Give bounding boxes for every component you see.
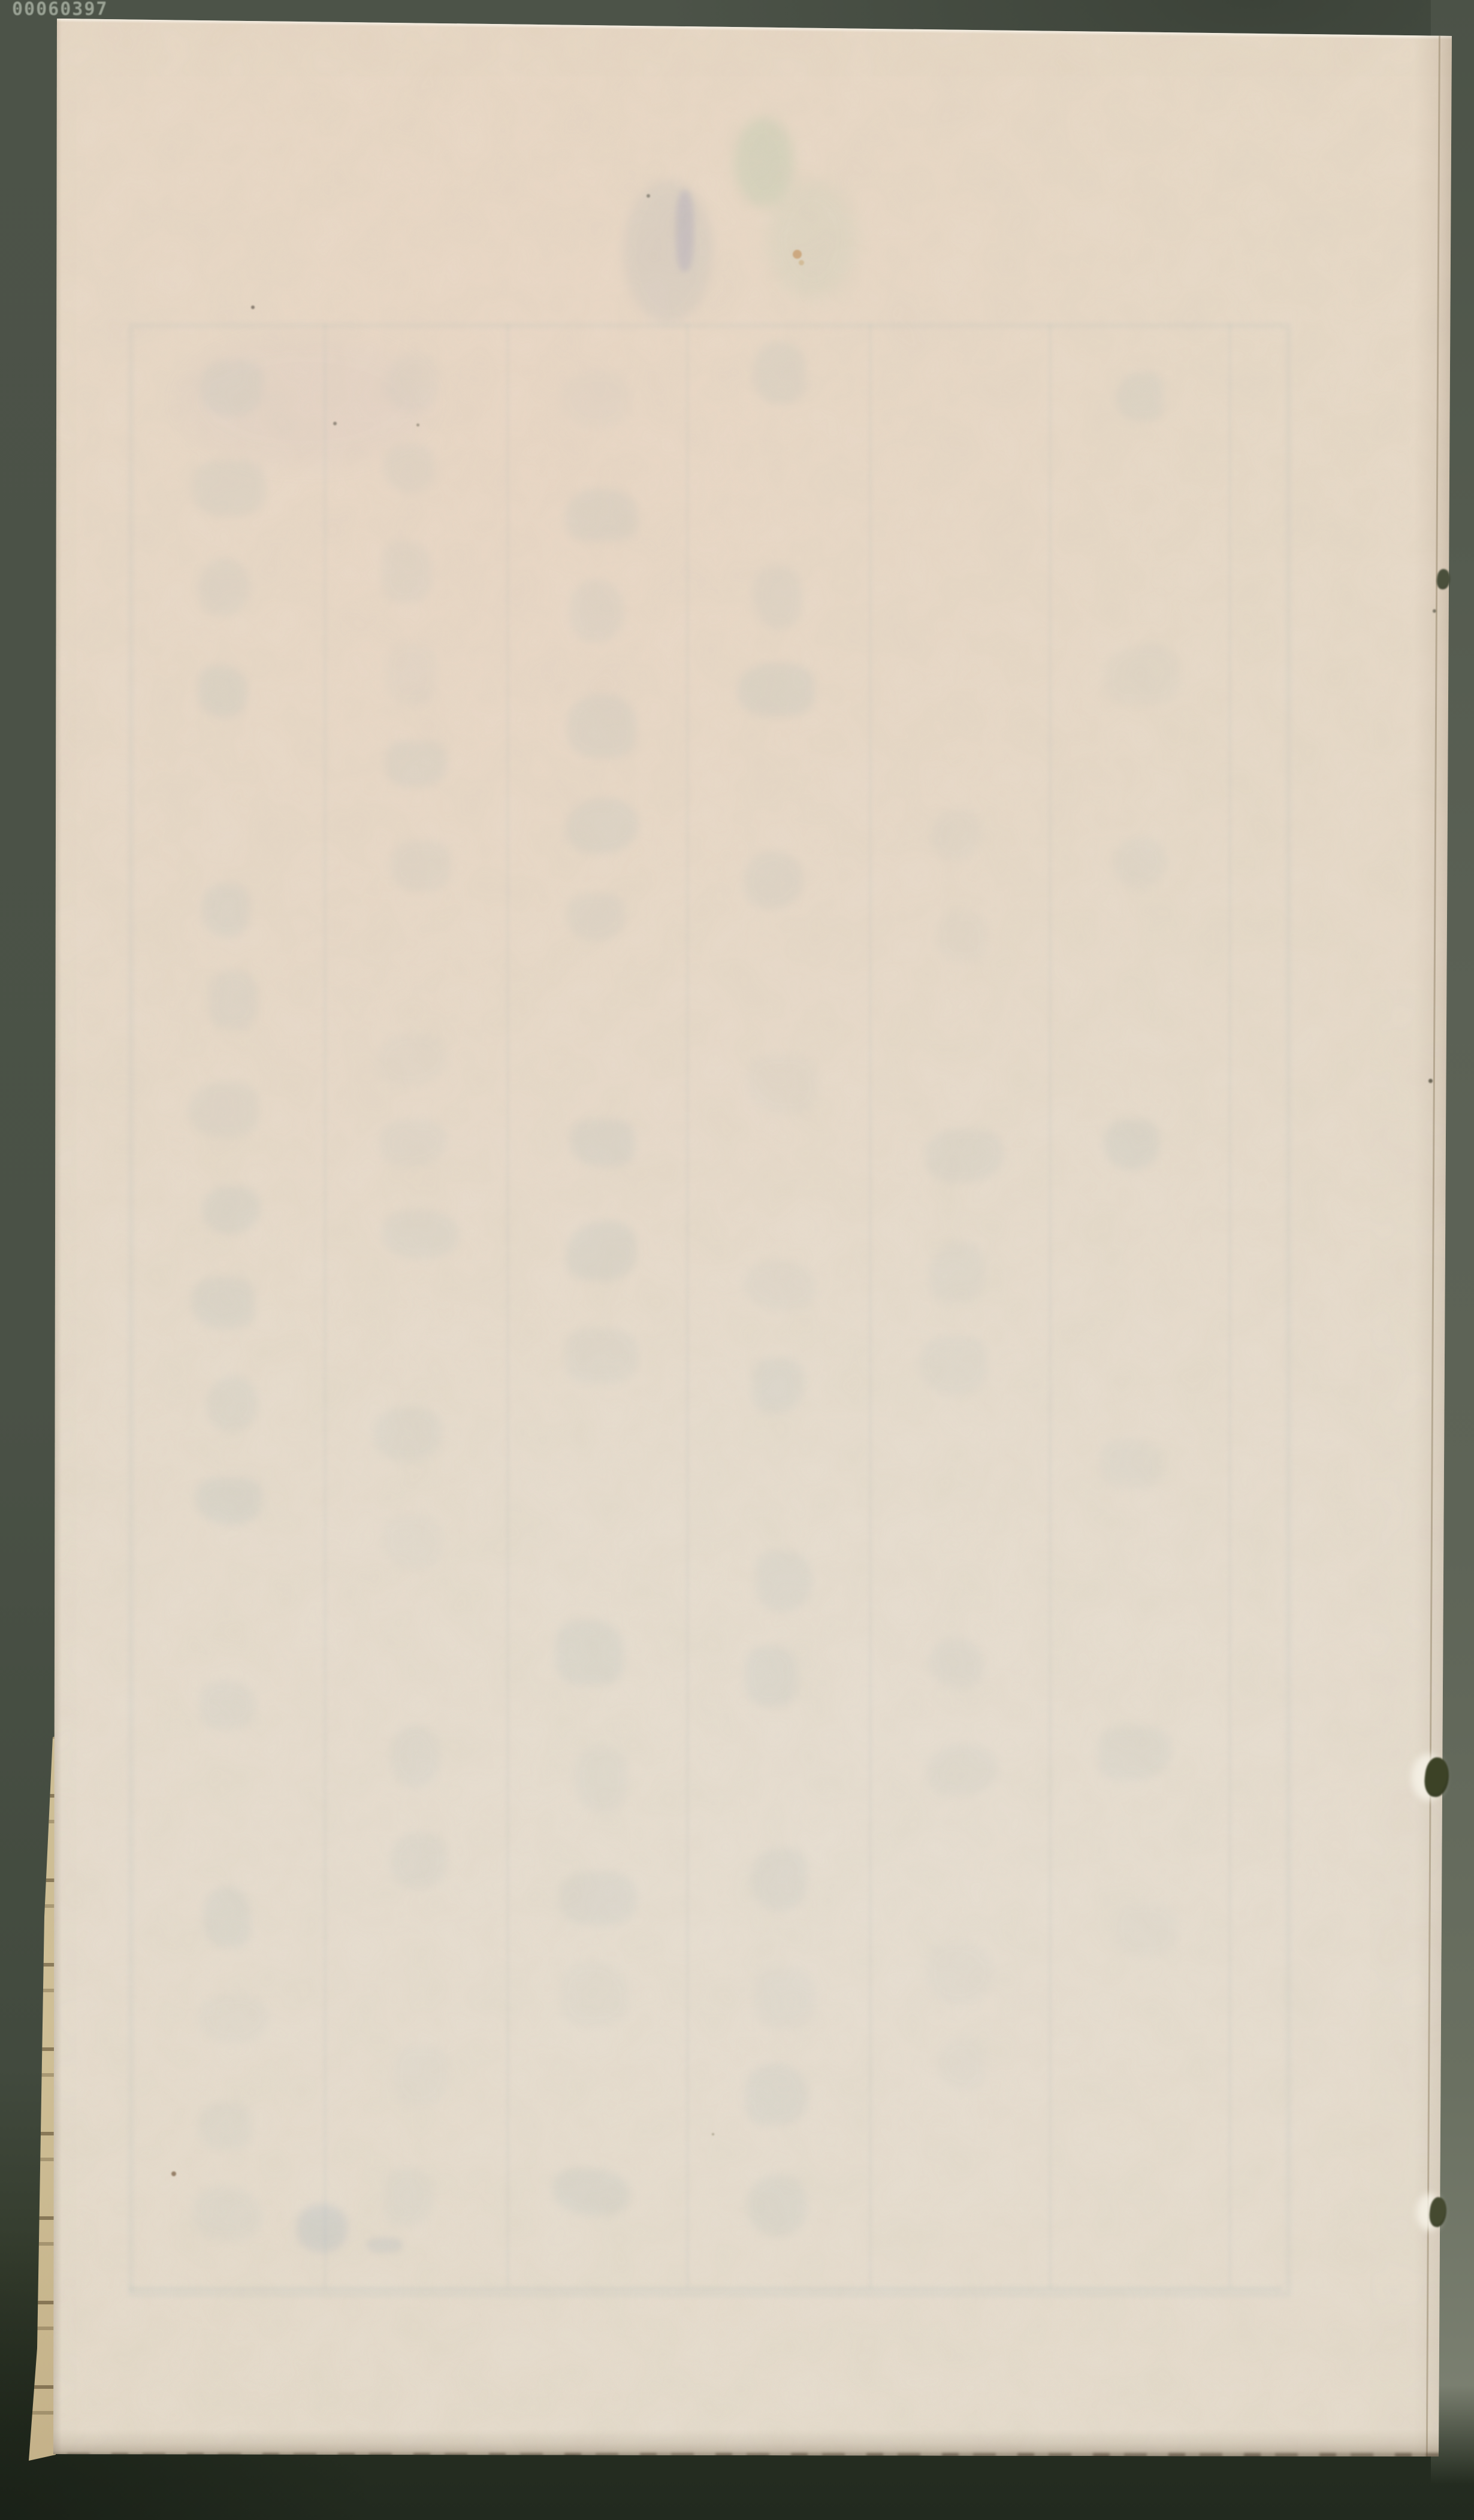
ghost-character [560, 1961, 630, 2026]
ghost-character [390, 1725, 440, 1787]
ghost-character [931, 809, 981, 861]
ghost-character [570, 1119, 635, 1167]
ghost-character [919, 1336, 987, 1395]
ghost-character [382, 1209, 459, 1259]
ghost-character [566, 488, 638, 541]
foxing-fleck [799, 260, 804, 265]
ghost-character [385, 353, 440, 412]
ghost-frame-border [129, 323, 1291, 2297]
blue-patch-bottom-smudge [297, 2204, 348, 2252]
photo-stage: 00060397 [0, 0, 1474, 2520]
lavender-streak-smudge [676, 190, 694, 271]
ghost-character [1100, 1439, 1162, 1489]
ghost-character [747, 1054, 818, 1114]
ghost-column-rule [1228, 323, 1231, 2288]
ghost-character [203, 1886, 251, 1948]
ghost-character [937, 911, 988, 963]
show-through-layer [0, 0, 1474, 2520]
ghost-column-rule [324, 323, 327, 2288]
ghost-character [926, 1129, 1004, 1182]
ghost-character [566, 1221, 636, 1281]
ghost-character [753, 341, 806, 404]
ghost-character [373, 1407, 441, 1461]
ghost-character [198, 1993, 270, 2043]
ghost-character [745, 1646, 798, 1707]
ghost-character [202, 1185, 261, 1235]
ghost-character [570, 579, 625, 642]
ghost-character [555, 1620, 624, 1685]
ghost-character [1104, 645, 1180, 704]
ghost-character [200, 1681, 256, 1729]
ghost-column-rule [869, 323, 872, 2288]
ghost-character [745, 2064, 808, 2125]
ghost-character [560, 1871, 636, 1925]
pale-green-wash-smudge [767, 180, 857, 300]
foxing-fleck [712, 2133, 714, 2135]
ghost-character [743, 1260, 816, 1310]
ghost-character [377, 1033, 448, 1086]
book-page [0, 0, 1474, 2520]
ghost-character [560, 371, 630, 429]
ghost-character [1116, 371, 1164, 421]
ghost-character [191, 1276, 255, 1329]
ghost-character [937, 2038, 986, 2090]
ghost-character [380, 1120, 446, 1166]
ghost-character [747, 2175, 808, 2237]
foxing-fleck [793, 250, 802, 259]
ghost-column-rule [686, 323, 689, 2288]
ghost-character [928, 1744, 997, 1795]
ghost-column-rule [1049, 323, 1052, 2288]
ghost-character [201, 883, 250, 937]
ghost-character [929, 1638, 984, 1688]
ghost-character [383, 444, 436, 492]
ghost-character [199, 558, 250, 616]
ghost-character [566, 1328, 639, 1384]
ghost-character [188, 1082, 259, 1137]
ghost-character [926, 1942, 994, 2004]
ghost-character [552, 2168, 630, 2216]
ghost-character [198, 665, 247, 716]
ghost-character [198, 2102, 251, 2150]
ghost-character [756, 1550, 812, 1613]
ghost-character [192, 460, 265, 516]
ghost-character [575, 1746, 627, 1813]
foxing-fleck [647, 194, 650, 198]
foxing-fleck [416, 423, 419, 426]
ghost-character [744, 851, 804, 909]
ghost-character [209, 970, 258, 1029]
ghost-character [383, 1514, 445, 1571]
ghost-character [391, 1832, 447, 1889]
ghost-column-rule [506, 323, 509, 2288]
ghost-character [567, 694, 636, 758]
ghost-character [382, 541, 433, 603]
ghost-character [752, 1358, 804, 1415]
ghost-character [753, 565, 801, 628]
ghost-character [566, 797, 639, 854]
ghost-character [1098, 1726, 1171, 1781]
mauve-wash-smudge [180, 335, 431, 467]
scan-id-label: 00060397 [12, 1, 108, 19]
ghost-character [391, 840, 451, 891]
ghost-character [393, 2046, 449, 2107]
ghost-character [195, 1477, 263, 1526]
green-smudge-smudge [734, 117, 794, 207]
ghost-character [1113, 837, 1167, 888]
ghost-character [1114, 1902, 1178, 1958]
paper-grain-texture [0, 0, 1474, 2520]
ghost-character [386, 740, 447, 787]
ghost-character [192, 2186, 262, 2241]
ghost-character [206, 1375, 257, 1432]
ghost-character [383, 2168, 434, 2226]
ghost-character [929, 1241, 984, 1302]
ghost-character [567, 893, 626, 942]
ghost-character [754, 1967, 816, 2029]
gray-crescent-smudge [623, 180, 713, 323]
ghost-character [737, 663, 815, 716]
ghost-bottom-rule-smudge [129, 2286, 1282, 2291]
foxing-fleck [171, 2171, 176, 2176]
ghost-character [1104, 1119, 1159, 1170]
foxing-fleck [251, 305, 255, 309]
ghost-character [750, 1848, 807, 1911]
foxing-fleck [333, 422, 337, 425]
ghost-character [386, 642, 437, 705]
ghost-character [200, 359, 263, 416]
blue-streak-bottom-smudge [367, 2237, 403, 2253]
